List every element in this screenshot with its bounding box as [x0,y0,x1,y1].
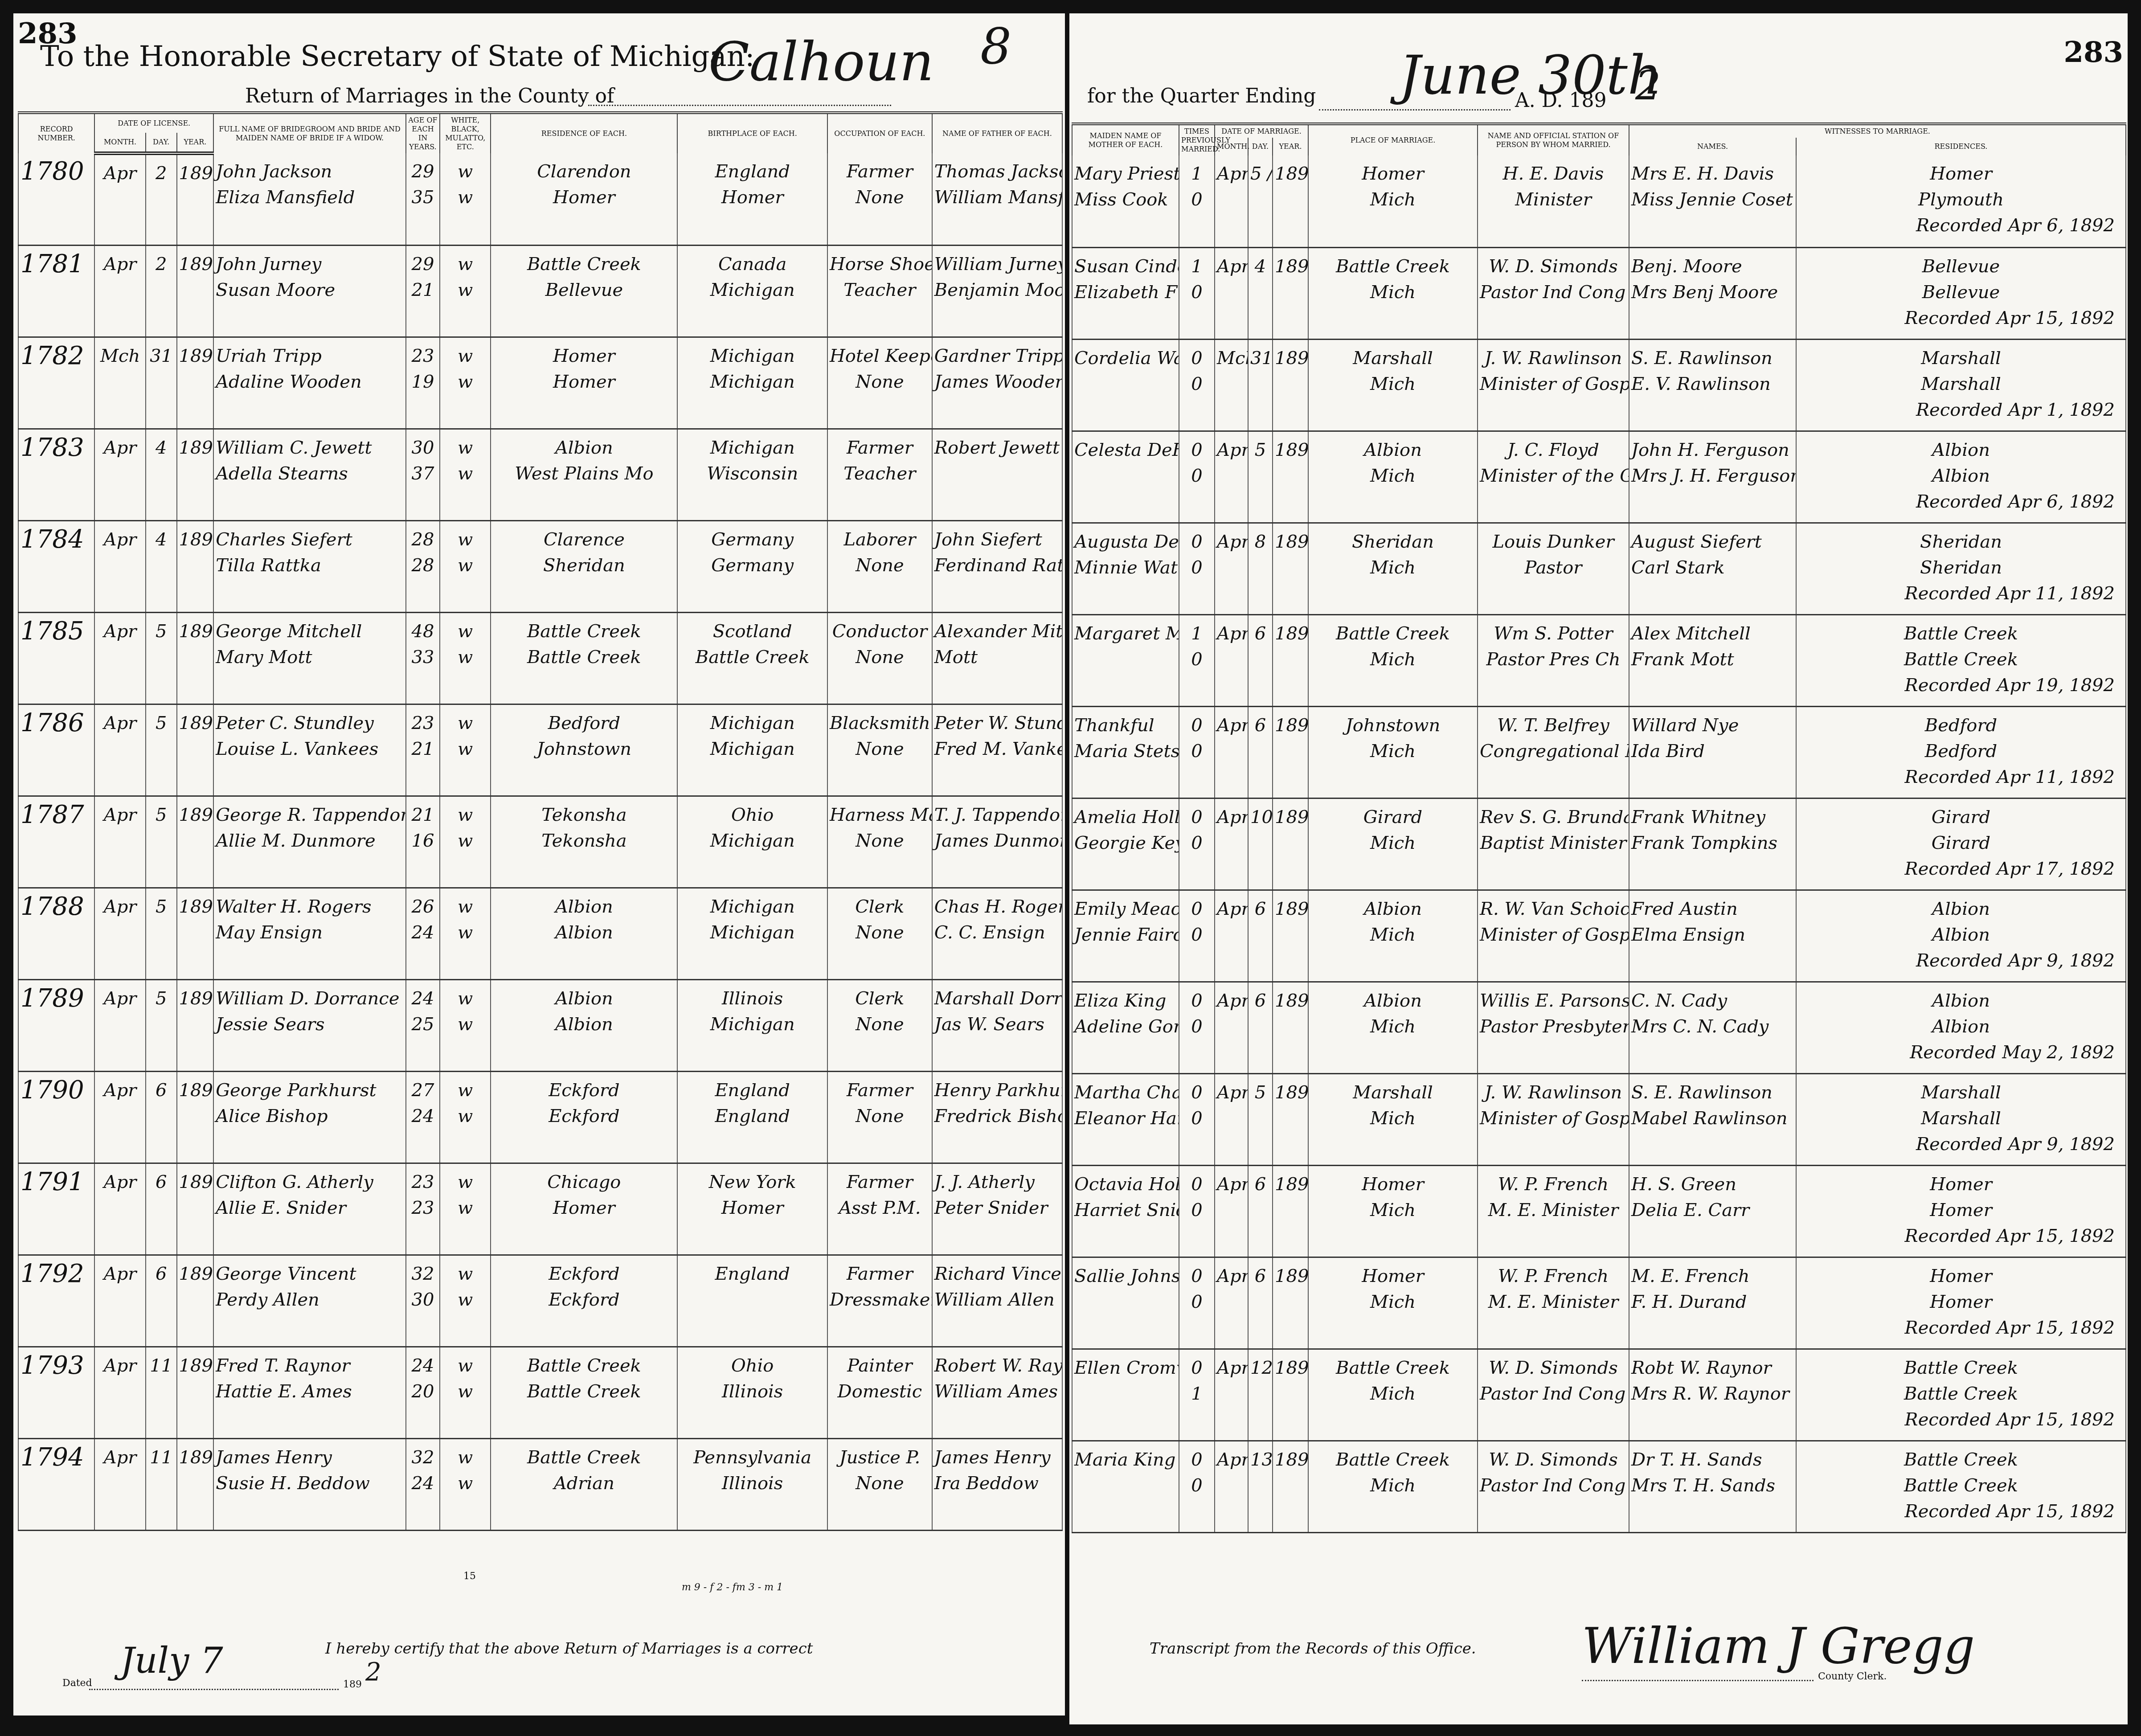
color-value: w [442,527,488,553]
witness-residences-value: Homer [1798,1197,2124,1223]
occupation-value: Farmer [830,1261,930,1287]
license-day: 5 [146,979,177,1071]
mother-names: Maria King [1072,1441,1179,1532]
license-day: 6 [146,1071,177,1163]
license-year-value: 1892 [179,1077,212,1103]
couple-names-value: Allie E. Snider [216,1195,404,1221]
witness-names: Willard NyeIda Bird [1629,706,1796,798]
occupation-value: None [830,1011,930,1037]
marriage-year: 1892 [1273,431,1308,523]
mother-names: Celesta DeForest [1072,431,1179,523]
birthplace-value: Battle Creek [680,644,825,670]
license-day: 6 [146,1163,177,1255]
father-names: William JurneyBenjamin Moore [932,245,1062,337]
marriage-day-value: 4 [1250,254,1270,279]
times-married-value: 0 [1181,830,1212,856]
birthplace: EnglandEngland [677,1071,827,1163]
color-value: w [442,736,488,762]
witness-names-value: Dr T. H. Sands [1631,1447,1794,1473]
officiant: H. E. DavisMinister [1478,156,1629,247]
occupation: FarmerNone [827,1071,932,1163]
occupation-value: None [830,1470,930,1496]
officiant: W. D. SimondsPastor Ind Cong Ch [1478,1441,1629,1532]
marriage-place-value: Mich [1310,1473,1475,1499]
birthplace-value: England [680,1261,825,1287]
license-day: 6 [146,1255,177,1347]
times-married: 00 [1179,1441,1215,1532]
dated-year-label: 189 [343,1679,362,1690]
times-married-value: 0 [1181,1263,1212,1289]
license-day-value: 6 [148,1261,175,1287]
residence-value: Battle Creek [493,618,675,644]
residence: AlbionAlbion [491,979,677,1071]
officiant-value: W. D. Simonds [1480,254,1627,279]
occupation-value: Conductor [830,618,930,644]
witness-residences: Battle CreekBattle CreekRecorded Apr 15,… [1796,1441,2126,1532]
residence-value: Albion [493,894,675,920]
times-married-value: 0 [1181,1080,1212,1105]
marriage-year-value: 1892 [1275,529,1306,555]
occupation-value: None [830,184,930,210]
marriage-month-value: Apr [1217,529,1246,555]
clerk-label: County Clerk. [1818,1671,1887,1682]
marriage-place-value: Sheridan [1310,529,1475,555]
certify-text: I hereby certify that the above Return o… [325,1640,813,1658]
officiant: W. P. FrenchM. E. Minister [1478,1257,1629,1349]
color-value: w [442,343,488,369]
marriage-day-value: 6 [1250,621,1270,647]
license-month-value: Apr [97,802,143,828]
marriage-year-value: 1892 [1275,345,1306,371]
witness-residences: HomerPlymouthRecorded Apr 6, 1892 [1796,156,2126,247]
birthplace-value: Canada [680,251,825,277]
father-names-value: Ferdinand Rattka [934,553,1060,578]
mother-names-value: Minnie Watta [1074,555,1177,581]
couple-names: Charles SiefertTilla Rattka [213,520,406,612]
record-number: 1788 [18,888,94,979]
license-month-value: Apr [97,710,143,736]
license-month: Apr [94,153,145,245]
mother-names-value: Thankful [1074,712,1177,738]
record-number-value: 1786 [20,710,92,736]
couple-names-value: Clifton G. Atherly [216,1169,404,1195]
residence-value: West Plains Mo [493,461,675,487]
recorded-date: Recorded Apr 1, 1892 [1798,397,2124,423]
times-married: 10 [1179,247,1215,339]
color: ww [440,979,491,1071]
dated-fill-line [89,1689,339,1690]
officiant: W. D. SimondsPastor Ind Cong Ch [1478,247,1629,339]
color: ww [440,612,491,704]
residence-value: Eckford [493,1103,675,1129]
recorded-date: Recorded Apr 6, 1892 [1798,213,2124,238]
ages-value: 32 [408,1445,438,1470]
color: ww [440,1071,491,1163]
occupation-value: Clerk [830,894,930,920]
color: ww [440,245,491,337]
color: ww [440,520,491,612]
ages-value: 24 [408,1353,438,1379]
occupation-value: Teacher [830,461,930,487]
marriage-month-value: Apr [1217,1080,1246,1105]
birthplace-value: England [680,159,825,184]
ages-value: 28 [408,553,438,578]
license-year-value: 1892 [179,435,212,461]
birthplace: England [677,1255,827,1347]
couple-names-value: Fred T. Raynor [216,1353,404,1379]
license-day-value: 5 [148,618,175,644]
marriage-place-value: Mich [1310,463,1475,489]
couple-names: William D. DorranceJessie Sears [213,979,406,1071]
marriage-year: 1892 [1273,523,1308,614]
record-row-right: Octavia HollenbeckHarriet Snider00Apr618… [1072,1165,2126,1257]
col-date-of-license: Date of License. [94,113,213,133]
couple-names-value: Alice Bishop [216,1103,404,1129]
clerk-signature: William J Gregg [1582,1617,1975,1675]
witness-names: C. N. CadyMrs C. N. Cady [1629,982,1796,1073]
license-year: 1892 [177,429,214,520]
witness-residences: HomerHomerRecorded Apr 15, 1892 [1796,1257,2126,1349]
times-married-value: 0 [1181,1197,1212,1223]
birthplace: CanadaMichigan [677,245,827,337]
occupation-value: Farmer [830,1169,930,1195]
license-day-value: 4 [148,527,175,553]
ages: 2321 [406,704,440,796]
officiant: J. W. RawlinsonMinister of Gospel [1478,1073,1629,1165]
residence-value: Clarendon [493,159,675,184]
couple-names-value: Walter H. Rogers [216,894,404,920]
marriage-month: Apr [1215,247,1248,339]
residence-value: Johnstown [493,736,675,762]
mother-names: Mary PriestmanMiss Cook [1072,156,1179,247]
mother-names-value: Miss Cook [1074,187,1177,213]
father-names-value: Benjamin Moore [934,277,1060,303]
mother-names-value: Mary Priestman [1074,161,1177,187]
witness-residences: AlbionAlbionRecorded Apr 9, 1892 [1796,890,2126,982]
record-number-value: 1788 [20,894,92,920]
times-married: 00 [1179,339,1215,431]
witness-names: August SiefertCarl Stark [1629,523,1796,614]
recorded-date: Recorded Apr 9, 1892 [1798,1131,2124,1157]
residence: Battle CreekBattle Creek [491,1347,677,1438]
marriage-day-value: 10 [1250,804,1270,830]
marriage-day-value: 6 [1250,1171,1270,1197]
occupation-value: Farmer [830,435,930,461]
occupation-value: Farmer [830,159,930,184]
ages-value: 24 [408,1470,438,1496]
record-number-value: 1781 [20,251,92,277]
ages-value: 21 [408,802,438,828]
marriage-day: 10 [1248,798,1273,890]
marriage-month-value: Apr [1217,161,1246,187]
license-year: 1892 [177,979,214,1071]
times-married: 00 [1179,706,1215,798]
witness-names: John H. FergusonMrs J. H. Ferguson [1629,431,1796,523]
license-month-value: Apr [97,435,143,461]
marriage-place: Battle CreekMich [1308,1441,1478,1532]
license-month: Apr [94,1255,145,1347]
father-names-value: John Siefert [934,527,1060,553]
record-row-right: Celesta DeForest00Apr51892AlbionMichJ. C… [1072,431,2126,523]
recorded-date: Recorded Apr 15, 1892 [1798,305,2124,331]
father-names-value: William Ames [934,1379,1060,1404]
occupation: ConductorNone [827,612,932,704]
father-names-value: Richard Vincent [934,1261,1060,1287]
times-married: 00 [1179,1073,1215,1165]
record-row-left: 1789Apr51892William D. DorranceJessie Se… [18,979,1062,1071]
officiant: J. C. FloydMinister of the Gospel [1478,431,1629,523]
residence-value: Bellevue [493,277,675,303]
record-row-right: Maria King00Apr131892Battle CreekMichW. … [1072,1441,2126,1532]
marriage-day: 4 [1248,247,1273,339]
marriage-day-value: 6 [1250,896,1270,922]
color-value: w [442,1379,488,1404]
marriage-place: SheridanMich [1308,523,1478,614]
marriage-year-value: 1892 [1275,804,1306,830]
mother-names-value: Ellen Cromwell [1074,1355,1177,1381]
witness-residences-value: Albion [1798,896,2124,922]
license-year-value: 1892 [179,986,212,1011]
officiant: W. P. FrenchM. E. Minister [1478,1165,1629,1257]
marriage-day: 31 / 1 [1248,339,1273,431]
residence-value: Eckford [493,1261,675,1287]
mother-names: Cordelia Wade [1072,339,1179,431]
mother-names: Susan CindonElizabeth Frate [1072,247,1179,339]
license-year: 1892 [177,612,214,704]
marriage-day: 5 / 14 [1248,156,1273,247]
officiant-value: Wm S. Potter [1480,621,1627,647]
officiant: R. W. Van SchoickMinister of Gospel [1478,890,1629,982]
col-place: Place of Marriage. [1308,124,1478,156]
officiant: J. W. RawlinsonMinister of Gospel [1478,339,1629,431]
residence-value: Eckford [493,1287,675,1313]
license-month: Apr [94,704,145,796]
witness-names-value: Frank Tompkins [1631,830,1794,856]
father-names-value: Gardner Tripp [934,343,1060,369]
occupation-value: Teacher [830,277,930,303]
license-month: Apr [94,1071,145,1163]
license-day-value: 6 [148,1169,175,1195]
color-value: w [442,1261,488,1287]
birthplace: OhioIllinois [677,1347,827,1438]
times-married-value: 0 [1181,804,1212,830]
couple-names-value: Adella Stearns [216,461,404,487]
record-row-right: Cordelia Wade00Mch31 / 11892MarshallMich… [1072,339,2126,431]
color-value: w [442,435,488,461]
occupation-value: None [830,553,930,578]
occupation-value: Justice P. [830,1445,930,1470]
col-mar-year: Year. [1273,138,1308,156]
witness-names: Alex MitchellFrank Mott [1629,614,1796,706]
col-times-married: Times Previously Married. [1179,124,1215,156]
witness-names: Robt W. RaynorMrs R. W. Raynor [1629,1349,1796,1441]
record-number-value: 1791 [20,1169,92,1195]
record-number-value: 1787 [20,802,92,828]
license-day-value: 5 [148,802,175,828]
witness-names-value: Benj. Moore [1631,254,1794,279]
marriage-month-value: Apr [1217,712,1246,738]
residence-value: Adrian [493,1470,675,1496]
birthplace-value: Michigan [680,369,825,395]
witness-names-value: M. E. French [1631,1263,1794,1289]
birthplace-value: Michigan [680,894,825,920]
times-married: 00 [1179,431,1215,523]
marriage-month: Apr [1215,798,1248,890]
father-names: Gardner TrippJames Wooden [932,337,1062,429]
marriage-place-value: Mich [1310,555,1475,581]
record-row-right: Emily MeachJennie Fairchilds00Apr61892Al… [1072,890,2126,982]
residence-value: Homer [493,369,675,395]
couple-names-value: Hattie E. Ames [216,1379,404,1404]
record-number: 1790 [18,1071,94,1163]
birthplace: ScotlandBattle Creek [677,612,827,704]
record-row-left: 1791Apr61892Clifton G. AtherlyAllie E. S… [18,1163,1062,1255]
officiant-value: Pastor Presbyterian Church [1480,1014,1627,1040]
times-married: 00 [1179,890,1215,982]
marriage-place-value: Albion [1310,437,1475,463]
witness-names-value: Miss Jennie Coset [1631,187,1794,213]
mother-names-value: Adeline Gordon [1074,1014,1177,1040]
witness-residences-value: Marshall [1798,1105,2124,1131]
marriage-place-value: Battle Creek [1310,1355,1475,1381]
officiant: Rev S. G. BrundageBaptist Minister [1478,798,1629,890]
record-number-value: 1784 [20,527,92,553]
occupation-value: None [830,644,930,670]
record-number-value: 1790 [20,1077,92,1103]
couple-names-value: Uriah Tripp [216,343,404,369]
ages: 2828 [406,520,440,612]
marriage-year: 1892 [1273,706,1308,798]
record-row-left: 1787Apr51892George R. TappendonAllie M. … [18,796,1062,888]
license-day-value: 5 [148,894,175,920]
marriage-year-value: 1892 [1275,1171,1306,1197]
color-value: w [442,1195,488,1221]
mother-names: ThankfulMaria Stetson [1072,706,1179,798]
ages-value: 48 [408,618,438,644]
residence: AlbionWest Plains Mo [491,429,677,520]
record-number: 1784 [18,520,94,612]
mother-names-value: Octavia Hollenbeck [1074,1171,1177,1197]
occupation-value: None [830,920,930,946]
page-number-right: 283 [2063,36,2123,69]
marriage-place-value: Mich [1310,1197,1475,1223]
times-married-value: 0 [1181,1447,1212,1473]
witness-residences-value: Battle Creek [1798,621,2124,647]
col-officiant: Name and Official Station of Person by w… [1478,124,1629,156]
times-married: 00 [1179,798,1215,890]
couple-names: George R. TappendonAllie M. Dunmore [213,796,406,888]
officiant-value: W. D. Simonds [1480,1447,1627,1473]
marriage-place-value: Battle Creek [1310,1447,1475,1473]
witness-names: H. S. GreenDelia E. Carr [1629,1165,1796,1257]
witness-names-value: Frank Mott [1631,647,1794,672]
witness-residences: MarshallMarshallRecorded Apr 1, 1892 [1796,339,2126,431]
col-residence: Residence of Each. [491,113,677,153]
witness-names-value: Carl Stark [1631,555,1794,581]
ages-value: 27 [408,1077,438,1103]
officiant-value: Minister of Gospel [1480,1105,1627,1131]
ages-value: 19 [408,369,438,395]
license-month: Apr [94,979,145,1071]
times-married-value: 0 [1181,1355,1212,1381]
license-year-value: 1892 [179,1169,212,1195]
record-number-value: 1794 [20,1445,92,1470]
license-day: 5 [146,796,177,888]
couple-names-value: Allie M. Dunmore [216,828,404,854]
mother-names: Octavia HollenbeckHarriet Snider [1072,1165,1179,1257]
birthplace-value: Michigan [680,1011,825,1037]
residence: Battle CreekBellevue [491,245,677,337]
birthplace-value: Illinois [680,1470,825,1496]
dated-value: July 7 [120,1640,223,1681]
witness-names: Fred AustinElma Ensign [1629,890,1796,982]
right-page: 283 for the Quarter Ending June 30th A. … [1069,13,2128,1724]
witness-residences-value: Bellevue [1798,254,2124,279]
times-married: 01 [1179,1349,1215,1441]
license-year: 1892 [177,1347,214,1438]
color-value: w [442,1470,488,1496]
couple-names-value: James Henry [216,1445,404,1470]
recorded-date: Recorded Apr 9, 1892 [1798,948,2124,974]
officiant-value: M. E. Minister [1480,1197,1627,1223]
birthplace-value: Illinois [680,986,825,1011]
col-mother: Maiden Name of Mother of Each. [1072,124,1179,156]
color-value: w [442,828,488,854]
ages-value: 32 [408,1261,438,1287]
color-value: w [442,710,488,736]
marriage-year-value: 1892 [1275,254,1306,279]
birthplace-value: England [680,1103,825,1129]
license-year-value: 1892 [179,710,212,736]
residence-value: Albion [493,986,675,1011]
witness-residences-value: Albion [1798,922,2124,948]
witness-names-value: Mrs E. H. Davis [1631,161,1794,187]
father-names-value: Henry Parkhurst [934,1077,1060,1103]
officiant-value: J. W. Rawlinson [1480,1080,1627,1105]
couple-names-value: William C. Jewett [216,435,404,461]
license-month-value: Apr [97,1353,143,1379]
ages-value: 21 [408,736,438,762]
birthplace-value: Ohio [680,1353,825,1379]
marriage-month: Mch [1215,339,1248,431]
marriage-year: 1892 [1273,798,1308,890]
father-names-value: Fredrick Bishop [934,1103,1060,1129]
father-names-value: James Henry [934,1445,1060,1470]
license-year-value: 1892 [179,802,212,828]
license-year-value: 1892 [179,894,212,920]
birthplace: New YorkHomer [677,1163,827,1255]
color-value: w [442,1353,488,1379]
witness-residences-value: Homer [1798,1289,2124,1315]
marriage-year-value: 1892 [1275,712,1306,738]
license-day: 2 [146,245,177,337]
color: ww [440,337,491,429]
record-number-value: 1782 [20,343,92,369]
witness-names-value: Mrs T. H. Sands [1631,1473,1794,1499]
father-names: Richard VincentWilliam Allen [932,1255,1062,1347]
residence: ClarendonHomer [491,153,677,245]
times-married: 00 [1179,1165,1215,1257]
birthplace-value: Michigan [680,828,825,854]
occupation: FarmerTeacher [827,429,932,520]
mother-names-value: Georgie Keyes [1074,830,1177,856]
marriage-year: 1892 [1273,1257,1308,1349]
couple-names: Clifton G. AtherlyAllie E. Snider [213,1163,406,1255]
witness-residences-value: Albion [1798,1014,2124,1040]
ages-value: 23 [408,1169,438,1195]
dated-year-digit: 2 [365,1658,381,1687]
father-names-value: Fred M. Vankees [934,736,1060,762]
